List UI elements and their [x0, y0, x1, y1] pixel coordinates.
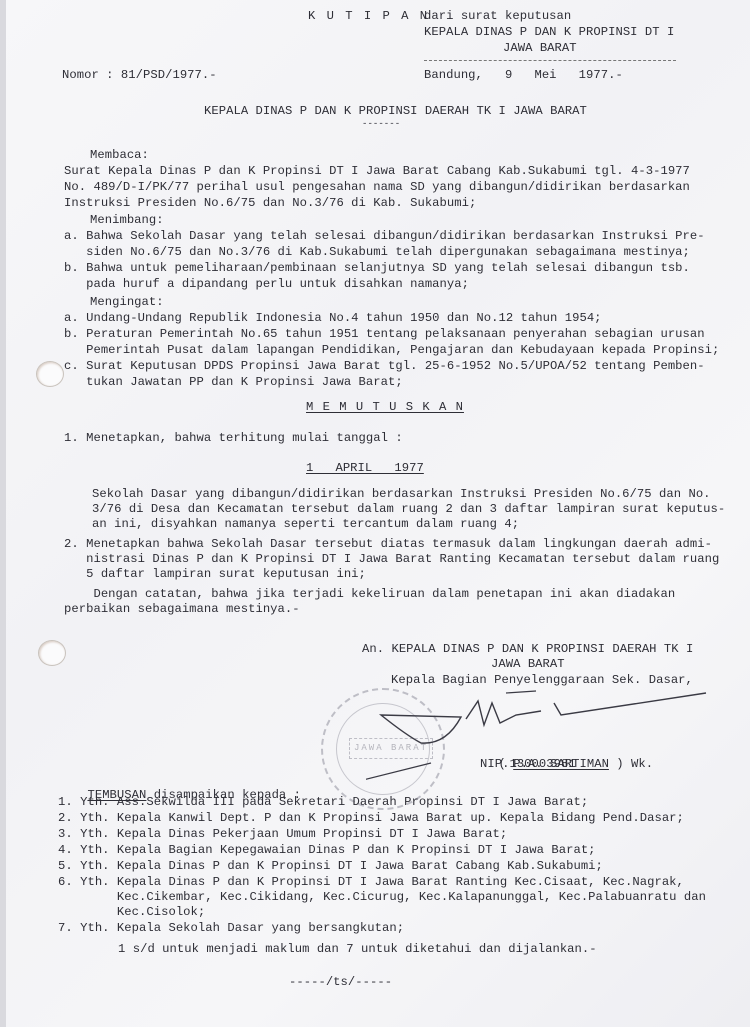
- tembusan-item: 6. Yth. Kepala Dinas P dan K Propinsi DT…: [58, 875, 684, 890]
- tembusan-item: Kec.Cisolok;: [58, 905, 205, 920]
- name-close: ) Wk.: [609, 757, 653, 771]
- note-line: Dengan catatan, bahwa jika terjadi kekel…: [64, 587, 675, 602]
- signatory-nip: NIP.130003981: [480, 757, 576, 772]
- membaca-heading: Membaca:: [90, 148, 149, 163]
- membaca-line: Instruksi Presiden No.6/75 dan No.3/76 d…: [64, 196, 476, 211]
- document-number: Nomor : 81/PSD/1977.-: [62, 68, 217, 83]
- header-divider: [424, 60, 676, 61]
- decision-1-line: 1. Menetapkan, bahwa terhitung mulai tan…: [64, 431, 403, 446]
- place-date: Bandung, 9 Mei 1977.-: [424, 68, 623, 83]
- memutuskan-heading: M E M U T U S K A N: [306, 400, 464, 415]
- source-line-2: KEPALA DINAS P DAN K PROPINSI DT I: [424, 25, 674, 40]
- tembusan-item: 2. Yth. Kepala Kanwil Dept. P dan K Prop…: [58, 811, 684, 826]
- effective-date: 1 APRIL 1977: [306, 461, 424, 476]
- menimbang-line: pada huruf a dipandang perlu untuk disah…: [64, 277, 469, 292]
- mengingat-line: tukan Jawatan PP dan K Propinsi Jawa Bar…: [64, 375, 403, 390]
- decision-1-body: 3/76 di Desa dan Kecamatan tersebut dala…: [92, 502, 725, 517]
- note-line: perbaikan sebagaimana mestinya.-: [64, 602, 300, 617]
- decision-1-body: an ini, disyahkan namanya seperti tercan…: [92, 517, 519, 532]
- mengingat-line: Pemerintah Pusat dalam lapangan Pendidik…: [64, 343, 719, 358]
- punch-hole-top: [36, 361, 64, 387]
- membaca-line: No. 489/D-I/PK/77 perihal usul pengesaha…: [64, 180, 690, 195]
- decision-2-line: 2. Menetapkan bahwa Sekolah Dasar terseb…: [64, 537, 712, 552]
- source-line-3: JAWA BARAT: [503, 41, 577, 56]
- tembusan-closing: 1 s/d untuk menjadi maklum dan 7 untuk d…: [118, 942, 597, 957]
- menimbang-line: b. Bahwa untuk pemeliharaan/pembinaan se…: [64, 261, 690, 276]
- tembusan-item: 1. Yth. Ass.Sekwilda III pada Sekretari …: [58, 795, 588, 810]
- signature-line-2: JAWA BARAT: [491, 657, 565, 672]
- tembusan-item: 7. Yth. Kepala Sekolah Dasar yang bersan…: [58, 921, 404, 936]
- membaca-line: Surat Kepala Dinas P dan K Propinsi DT I…: [64, 164, 690, 179]
- signed-mark: -----/ts/-----: [289, 975, 392, 990]
- tembusan-item: 3. Yth. Kepala Dinas Pekerjaan Umum Prop…: [58, 827, 507, 842]
- decision-2-line: 5 daftar lampiran surat keputusan ini;: [64, 567, 366, 582]
- tembusan-item: 4. Yth. Kepala Bagian Kepegawaian Dinas …: [58, 843, 596, 858]
- mengingat-heading: Mengingat:: [90, 295, 164, 310]
- document-page: K U T I P A N dari surat keputusan KEPAL…: [0, 0, 750, 1027]
- decision-1-body: Sekolah Dasar yang dibangun/didirikan be…: [92, 487, 711, 502]
- menimbang-line: siden No.6/75 dan No.3/76 di Kab.Sukabum…: [64, 245, 690, 260]
- source-line-1: dari surat keputusan: [424, 9, 571, 24]
- punch-hole-bottom: [38, 640, 66, 666]
- menimbang-heading: Menimbang:: [90, 213, 164, 228]
- tembusan-item: 5. Yth. Kepala Dinas P dan K Propinsi DT…: [58, 859, 603, 874]
- mengingat-line: a. Undang-Undang Republik Indonesia No.4…: [64, 311, 602, 326]
- menimbang-line: a. Bahwa Sekolah Dasar yang telah selesa…: [64, 229, 705, 244]
- decision-2-line: nistrasi Dinas P dan K Propinsi DT I Jaw…: [64, 552, 719, 567]
- mengingat-line: c. Surat Keputusan DPDS Propinsi Jawa Ba…: [64, 359, 705, 374]
- tembusan-item: Kec.Cikembar, Kec.Cikidang, Kec.Cicurug,…: [58, 890, 706, 905]
- mengingat-line: b. Peraturan Pemerintah No.65 tahun 1951…: [64, 327, 705, 342]
- kutipan-label: K U T I P A N: [308, 9, 429, 24]
- title-rule: -------: [362, 117, 400, 132]
- signature-line-1: An. KEPALA DINAS P DAN K PROPINSI DAERAH…: [362, 642, 693, 657]
